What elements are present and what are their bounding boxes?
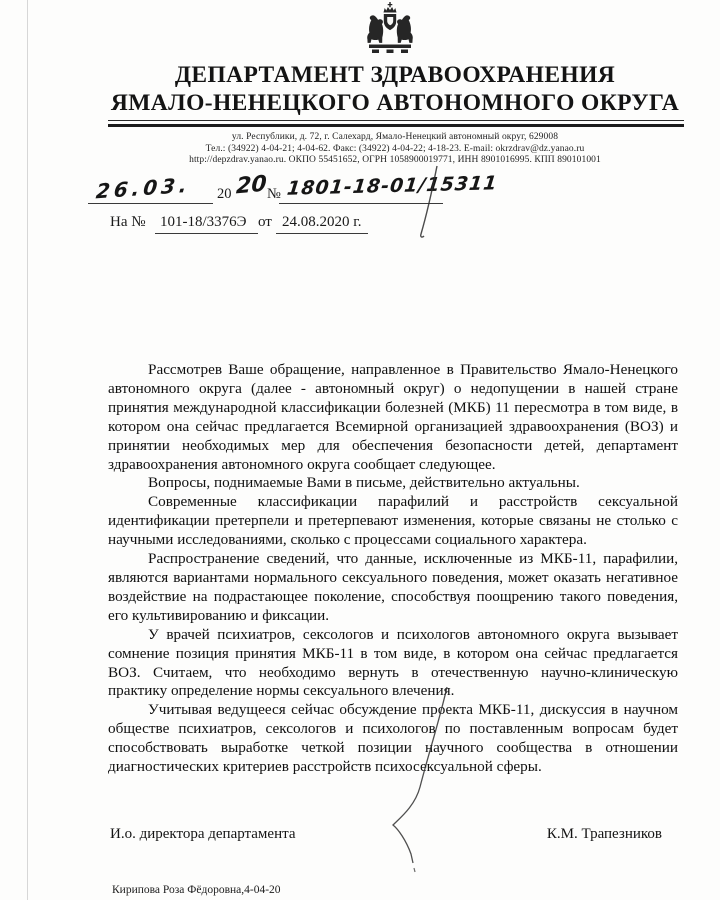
body-paragraph: Рассмотрев Ваше обращение, направленное … bbox=[108, 361, 678, 474]
letter-body: Рассмотрев Ваше обращение, направленное … bbox=[108, 361, 678, 777]
address-line3: http://depzdrav.yanao.ru. ОКПО 55451652,… bbox=[88, 155, 702, 167]
body-paragraph: Вопросы, поднимаемые Вами в письме, дейс… bbox=[108, 474, 678, 493]
reply-date-underline bbox=[276, 233, 368, 234]
org-name-line2: ЯМАЛО-НЕНЕЦКОГО АВТОНОМНОГО ОКРУГА bbox=[108, 90, 682, 117]
scan-edge-artifact bbox=[27, 0, 28, 900]
signature-stroke-tick bbox=[414, 868, 415, 872]
signature-row: И.о. директора департамента К.М. Трапезн… bbox=[110, 826, 662, 843]
body-paragraph: Распространение сведений, что данные, ис… bbox=[108, 550, 678, 626]
number-underline bbox=[279, 203, 443, 204]
body-paragraph: У врачей психиатров, сексологов и психол… bbox=[108, 626, 678, 702]
date-underline bbox=[88, 203, 213, 204]
reply-number: 101-18/3376Э bbox=[160, 214, 247, 231]
org-name-line1: ДЕПАРТАМЕНТ ЗДРАВООХРАНЕНИЯ bbox=[108, 62, 682, 89]
body-paragraph: Учитывая ведущееся сейчас обсуждение про… bbox=[108, 701, 678, 777]
address-line2: Тел.: (34922) 4-04-21; 4-04-62. Факс: (3… bbox=[88, 144, 702, 156]
printed-year-prefix: 20 bbox=[217, 186, 232, 203]
executor-footer: Кирипова Роза Фёдоровна,4-04-20 bbox=[112, 884, 281, 896]
handwritten-outgoing-number: 1801-18-01/15311 bbox=[286, 172, 499, 200]
signer-name: К.М. Трапезников bbox=[547, 826, 662, 843]
address-line1: ул. Республики, д. 72, г. Салехард, Ямал… bbox=[88, 132, 702, 144]
number-sign: № bbox=[267, 186, 281, 203]
coat-of-arms-icon bbox=[361, 2, 419, 58]
handwritten-date: 26.03. bbox=[95, 173, 192, 204]
handwritten-year: 20 bbox=[235, 172, 267, 200]
scanned-letter-page: ДЕПАРТАМЕНТ ЗДРАВООХРАНЕНИЯ ЯМАЛО-НЕНЕЦК… bbox=[0, 0, 720, 900]
reply-number-underline bbox=[155, 233, 258, 234]
letterhead-address-block: ул. Республики, д. 72, г. Салехард, Ямал… bbox=[88, 132, 702, 167]
body-paragraph: Современные классификации парафилий и ра… bbox=[108, 493, 678, 550]
reply-from-label: от bbox=[258, 214, 272, 231]
letterhead-divider-rule bbox=[108, 120, 684, 128]
signer-position-title: И.о. директора департамента bbox=[110, 826, 296, 843]
reply-date: 24.08.2020 г. bbox=[282, 214, 361, 231]
reply-prefix-label: На № bbox=[110, 214, 146, 231]
